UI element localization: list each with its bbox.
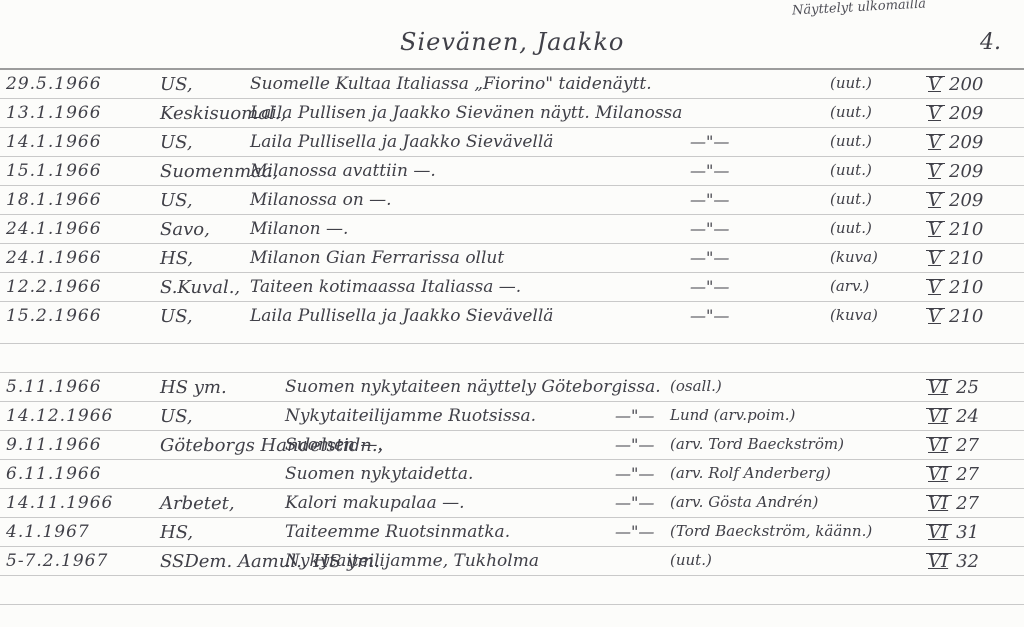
entry-title: Milanossa on —. [250, 190, 392, 210]
entry-reference: VI27 [928, 435, 979, 456]
entry-title: Laila Pullisella ja Jaakko Sievävellä [250, 132, 553, 152]
entry-reference: V210 [928, 306, 983, 327]
volume-number: V [928, 132, 941, 153]
entry-source: S.Kuval., [160, 277, 240, 298]
entry-reference: V209 [928, 103, 983, 124]
page-number: 24 [956, 406, 979, 427]
entry-date: 14.11.1966 [6, 493, 113, 513]
entry-ditto: —"— [615, 493, 654, 512]
volume-number: VI [928, 377, 948, 398]
entry-title: Milanon Gian Ferrarissa ollut [250, 248, 504, 268]
entry-ditto: —"— [690, 219, 729, 238]
volume-number: V [928, 74, 941, 95]
entry-note: (kuva) [830, 306, 878, 324]
category-note: Näyttelyt ulkomailla [792, 0, 927, 18]
entry-source: HS ym. [160, 377, 227, 398]
entry-source: US, [160, 74, 193, 95]
entry-row: 14.11.1966Arbetet,Kalori makupalaa —.—"—… [0, 489, 1024, 518]
volume-number: VI [928, 406, 948, 427]
entry-ditto: —"— [690, 277, 729, 296]
entry-ditto: —"— [690, 248, 729, 267]
page-number: 210 [949, 277, 983, 298]
entry-source: Savo, [160, 219, 210, 240]
volume-number: VI [928, 493, 948, 514]
entry-date: 5-7.2.1967 [6, 551, 108, 571]
entry-reference: V210 [928, 248, 983, 269]
entry-title: Suomelle Kultaa Italiassa „Fiorino" taid… [250, 74, 652, 94]
entry-ditto: —"— [615, 406, 654, 425]
volume-number: V [928, 190, 941, 211]
entry-row: 14.12.1966US,Nykytaiteilijamme Ruotsissa… [0, 402, 1024, 431]
entry-row: 12.2.1966S.Kuval.,Taiteen kotimaassa Ita… [0, 273, 1024, 302]
entry-ditto: —"— [690, 190, 729, 209]
entry-date: 13.1.1966 [6, 103, 102, 123]
entry-reference: V210 [928, 277, 983, 298]
entry-row: 15.2.1966US,Laila Pullisella ja Jaakko S… [0, 302, 1024, 331]
page-number: 27 [956, 464, 979, 485]
entry-title: Taiteemme Ruotsinmatka. [285, 522, 510, 542]
page-number: 209 [949, 132, 983, 153]
entry-note: (arv. Tord Baeckström) [670, 435, 844, 453]
page-number: 210 [949, 248, 983, 269]
index-card: Näyttelyt ulkomailla Sievänen, Jaakko 4.… [0, 0, 1024, 627]
page-number: 25 [956, 377, 979, 398]
entry-row: 5.11.1966HS ym.Suomen nykytaiteen näytte… [0, 373, 1024, 402]
entry-note: (uut.) [830, 161, 872, 179]
volume-number: V [928, 306, 941, 327]
entry-source: US, [160, 190, 193, 211]
entry-note: (uut.) [830, 74, 872, 92]
card-number: 4. [980, 30, 1001, 55]
entry-reference: VI31 [928, 522, 979, 543]
entry-note: (uut.) [670, 551, 712, 569]
entry-ditto: —"— [690, 161, 729, 180]
page-number: 27 [956, 435, 979, 456]
volume-number: VI [928, 464, 948, 485]
entry-row: 24.1.1966HS,Milanon Gian Ferrarissa ollu… [0, 244, 1024, 273]
page-number: 32 [956, 551, 979, 572]
entry-ditto: —"— [615, 522, 654, 541]
entry-date: 5.11.1966 [6, 377, 102, 397]
volume-number: VI [928, 435, 948, 456]
entry-note: Lund (arv.poim.) [670, 406, 795, 424]
entry-note: (uut.) [830, 103, 872, 121]
entry-date: 6.11.1966 [6, 464, 102, 484]
entry-row: 29.5.1966US,Suomelle Kultaa Italiassa „F… [0, 70, 1024, 99]
entry-title: Nykytaiteilijamme, Tukholma [285, 551, 539, 571]
entry-source: US, [160, 306, 193, 327]
entry-ditto: —"— [615, 435, 654, 454]
card-title: Sievänen, Jaakko [400, 28, 624, 56]
entry-note: (arv. Rolf Anderberg) [670, 464, 831, 482]
page-number: 209 [949, 190, 983, 211]
entry-row: 5-7.2.1967SSDem. Aamul., HS ym.Nykytaite… [0, 547, 1024, 576]
entry-reference: VI27 [928, 493, 979, 514]
entry-note: (uut.) [830, 190, 872, 208]
volume-number: V [928, 277, 941, 298]
volume-number: V [928, 248, 941, 269]
entry-source: US, [160, 406, 193, 427]
entry-date: 24.1.1966 [6, 219, 102, 239]
volume-number: V [928, 103, 941, 124]
entry-row: 15.1.1966Suomenmaa,Milanossa avattiin —.… [0, 157, 1024, 186]
page-number: 210 [949, 219, 983, 240]
entry-title: Nykytaiteilijamme Ruotsissa. [285, 406, 536, 426]
entry-title: Suomen nykytaiteen näyttely Göteborgissa… [285, 377, 661, 397]
entry-date: 9.11.1966 [6, 435, 102, 455]
entry-row: 14.1.1966US,Laila Pullisella ja Jaakko S… [0, 128, 1024, 157]
entry-reference: V209 [928, 161, 983, 182]
entry-note: (Tord Baeckström, käänn.) [670, 522, 872, 540]
volume-number: VI [928, 551, 948, 572]
entry-title: Taiteen kotimaassa Italiassa —. [250, 277, 521, 297]
entry-ditto: —"— [690, 306, 729, 325]
entry-date: 15.2.1966 [6, 306, 102, 326]
page-number: 209 [949, 161, 983, 182]
entry-date: 24.1.1966 [6, 248, 102, 268]
entry-reference: V210 [928, 219, 983, 240]
entry-reference: VI25 [928, 377, 979, 398]
entry-title: Suomen nykytaidetta. [285, 464, 473, 484]
entry-note: (uut.) [830, 132, 872, 150]
entry-title: Laila Pullisen ja Jaakko Sievänen näytt.… [250, 103, 682, 123]
entry-title: Milanossa avattiin —. [250, 161, 436, 181]
entry-row: 4.1.1967HS,Taiteemme Ruotsinmatka.—"—(To… [0, 518, 1024, 547]
entry-row: 24.1.1966Savo,Milanon —.—"—(uut.)V210 [0, 215, 1024, 244]
entry-note: (osall.) [670, 377, 722, 395]
page-number: 27 [956, 493, 979, 514]
volume-number: V [928, 219, 941, 240]
entry-reference: VI32 [928, 551, 979, 572]
entry-date: 4.1.1967 [6, 522, 90, 542]
entry-note: (arv.) [830, 277, 869, 295]
entry-title: Laila Pullisella ja Jaakko Sievävellä [250, 306, 553, 326]
page-number: 200 [949, 74, 983, 95]
entry-source: HS, [160, 248, 193, 269]
entry-reference: V209 [928, 190, 983, 211]
entry-reference: VI24 [928, 406, 979, 427]
entry-reference: V209 [928, 132, 983, 153]
entry-reference: VI27 [928, 464, 979, 485]
entry-title: Milanon —. [250, 219, 348, 239]
entry-date: 14.12.1966 [6, 406, 113, 426]
entry-date: 14.1.1966 [6, 132, 102, 152]
entry-note: (uut.) [830, 219, 872, 237]
entry-row: 9.11.1966Göteborgs Handelstidn.,Suomen —… [0, 431, 1024, 460]
entry-date: 15.1.1966 [6, 161, 102, 181]
entry-source: HS, [160, 522, 193, 543]
entry-row: 13.1.1966Keskisuomal.,Laila Pullisen ja … [0, 99, 1024, 128]
volume-number: V [928, 161, 941, 182]
entry-title: Kalori makupalaa —. [285, 493, 465, 513]
entry-date: 18.1.1966 [6, 190, 102, 210]
entry-date: 12.2.1966 [6, 277, 102, 297]
rule-line [0, 604, 1024, 605]
page-number: 209 [949, 103, 983, 124]
entry-title: Suomen —. [285, 435, 383, 455]
entry-row: 18.1.1966US,Milanossa on —.—"—(uut.)V209 [0, 186, 1024, 215]
entry-source: US, [160, 132, 193, 153]
page-number: 31 [956, 522, 979, 543]
entry-note: (arv. Gösta Andrén) [670, 493, 818, 511]
entry-reference: V200 [928, 74, 983, 95]
rule-line [0, 343, 1024, 344]
page-number: 210 [949, 306, 983, 327]
entry-source: Arbetet, [160, 493, 235, 514]
entry-date: 29.5.1966 [6, 74, 102, 94]
entry-ditto: —"— [615, 464, 654, 483]
volume-number: VI [928, 522, 948, 543]
entry-row: 6.11.1966Suomen nykytaidetta.—"—(arv. Ro… [0, 460, 1024, 489]
entry-ditto: —"— [690, 132, 729, 151]
entry-note: (kuva) [830, 248, 878, 266]
